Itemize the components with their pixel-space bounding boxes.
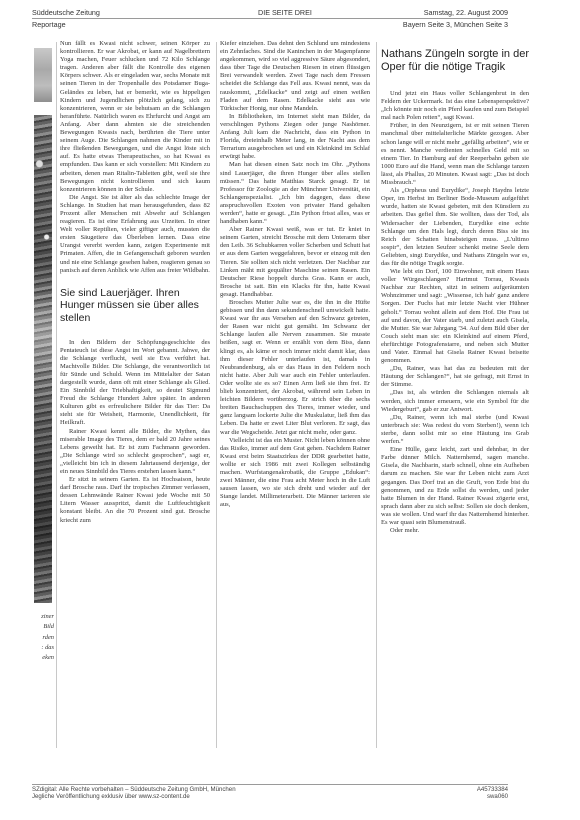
photo-caption: ziner Bild rden : das eken <box>28 612 54 663</box>
paragraph: Brosches Mutter Julie war es, die ihn in… <box>220 299 370 437</box>
paragraph: Früher, in den Neunzigern, ist er mit se… <box>381 122 529 187</box>
column-divider <box>216 42 217 748</box>
paragraph: In den Bildern der Schöpfungsgeschichte … <box>60 339 210 428</box>
paragraph: Eine Hülle, ganz leicht, zart und dehnba… <box>381 446 529 527</box>
subheading: Sie sind Lauerjäger. Ihren Hunger müssen… <box>60 287 210 325</box>
paragraph: Aber Rainer Kwasi weiß, was er tut. Er k… <box>220 226 370 299</box>
snake-photo <box>34 115 52 603</box>
caption-line: : das <box>28 643 54 653</box>
paragraph: Und jetzt ein Haus voller Schlangenbrut … <box>381 90 529 122</box>
caption-line: ziner <box>28 612 54 622</box>
paragraph: Oder mehr. <box>381 527 529 535</box>
paragraph: Rainer Kwasi kennt alle Bilder, die Myth… <box>60 428 210 477</box>
caption-line: eken <box>28 653 54 663</box>
paragraph: In Bibliotheken, im Internet sieht man B… <box>220 113 370 162</box>
column-headline: Nathans Züngeln sorgte in der Oper für d… <box>381 48 529 74</box>
paragraph: „Du, Rainer, wenn ich mal sterbe (und Kw… <box>381 414 529 446</box>
header-divider <box>32 18 508 19</box>
paragraph: Vielleicht ist das ein Muster. Nicht leb… <box>220 437 370 510</box>
page-section: DIE SEITE DREI <box>258 8 312 17</box>
photo-top <box>34 48 52 102</box>
paragraph: Nun fällt es Kwasi nicht schwer, seinen … <box>60 40 210 194</box>
publication-name: Süddeutsche Zeitung <box>32 8 100 17</box>
column-divider <box>56 42 57 748</box>
page-header: Süddeutsche Zeitung DIE SEITE DREI Samst… <box>32 8 508 18</box>
paragraph: „Du, Rainer, was hat das zu bedeuten mit… <box>381 365 529 389</box>
article-column-3: Nathans Züngeln sorgte in der Oper für d… <box>381 40 529 535</box>
paragraph: Als „Orpheus und Eurydike“, Joseph Haydn… <box>381 187 529 268</box>
paragraph: Er sitzt in seinem Garten. Es ist Hochsa… <box>60 476 210 525</box>
caption-line: Bild <box>28 622 54 632</box>
paragraph: Man hat diesen einen Satz noch im Ohr. „… <box>220 161 370 226</box>
caption-line: rden <box>28 633 54 643</box>
article-column-2: Kiefer einziehen. Das dehnt den Schlund … <box>220 40 370 509</box>
paragraph: „Das ist, als würden die Schlangen niema… <box>381 389 529 413</box>
footer-divider <box>32 784 508 785</box>
paragraph: Wie lebt ein Dorf, 100 Einwohner, mit ei… <box>381 268 529 365</box>
issue-date: Samstag, 22. August 2009 <box>424 8 508 17</box>
paragraph: Die Angst. Sie ist älter als das schlech… <box>60 194 210 275</box>
column-divider <box>376 42 377 748</box>
license-notice: Jegliche Veröffentlichung exklusiv über … <box>32 794 236 801</box>
page-code: swa060 <box>477 794 508 801</box>
paragraph: Kiefer einziehen. Das dehnt den Schlund … <box>220 40 370 113</box>
rubric-label: Reportage <box>32 20 66 29</box>
article-column-1: Nun fällt es Kwasi nicht schwer, seinen … <box>60 40 210 525</box>
regional-pages: Bayern Seite 3, München Seite 3 <box>403 20 508 29</box>
